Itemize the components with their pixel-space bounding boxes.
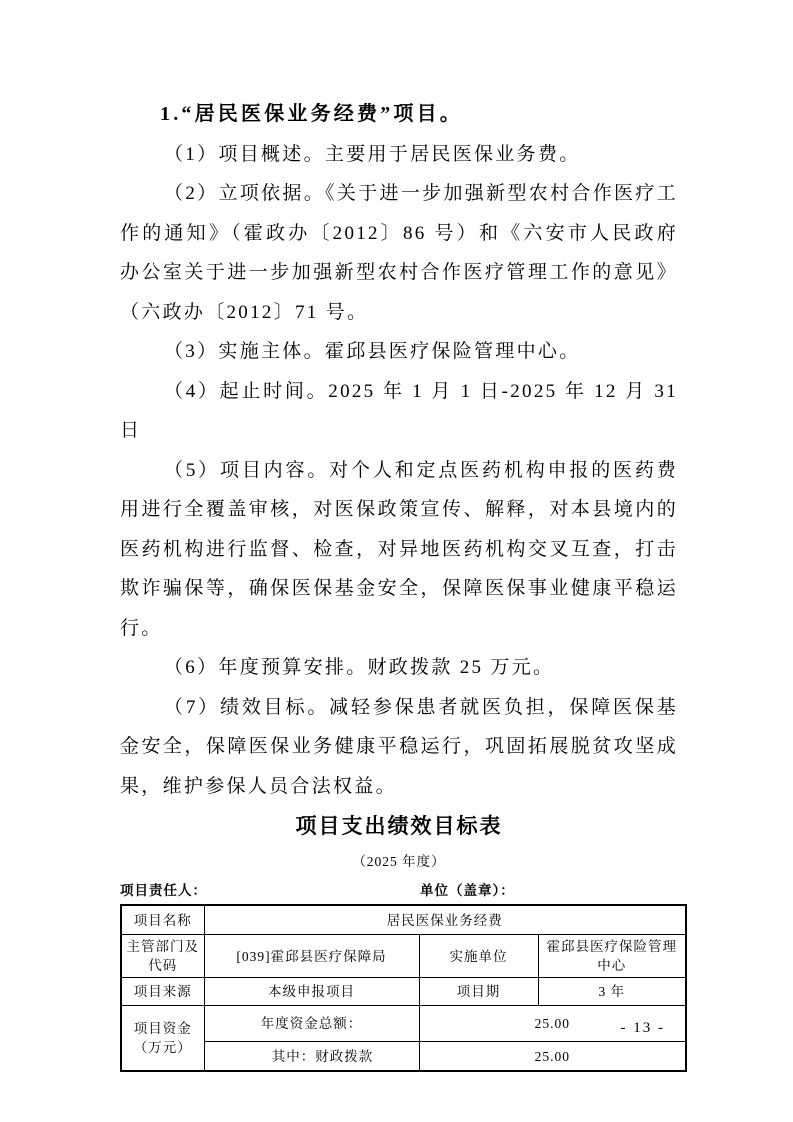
page-number: - 13 - bbox=[621, 1020, 666, 1037]
paragraph-performance-goal: （7）绩效目标。减轻参保患者就医负担，保障医保基金安全，保障医保业务健康平稳运行… bbox=[120, 688, 678, 807]
project-period-value: 3 年 bbox=[538, 978, 686, 1006]
project-funds-header: 项目资金（万元） bbox=[121, 1006, 204, 1072]
paragraph-implementing-body: （3）实施主体。霍邱县医疗保险管理中心。 bbox=[120, 332, 678, 372]
table-row-source: 项目来源 本级申报项目 项目期 3 年 bbox=[121, 978, 686, 1006]
paragraph-annual-budget: （6）年度预算安排。财政拨款 25 万元。 bbox=[120, 648, 678, 688]
department-code-header: 主管部门及代码 bbox=[121, 935, 204, 978]
project-period-header: 项目期 bbox=[419, 978, 538, 1006]
project-source-value: 本级申报项目 bbox=[204, 978, 419, 1006]
implementing-unit-header: 实施单位 bbox=[419, 935, 538, 978]
project-name-value: 居民医保业务经费 bbox=[204, 905, 686, 935]
performance-target-table: 项目名称 居民医保业务经费 主管部门及代码 [039]霍邱县医疗保障局 实施单位… bbox=[120, 904, 687, 1072]
department-code-value: [039]霍邱县医疗保障局 bbox=[204, 935, 419, 978]
project-name-header: 项目名称 bbox=[121, 905, 204, 935]
paragraph-project-basis: （2）立项依据。《关于进一步加强新型农村合作医疗工作的通知》（霍政办〔2012〕… bbox=[120, 174, 678, 332]
responsible-person-label: 项目责任人： bbox=[120, 879, 420, 899]
fiscal-allocation-value: 25.00 bbox=[419, 1042, 686, 1072]
fiscal-allocation-label: 其中：财政拨款 bbox=[204, 1042, 419, 1072]
annual-total-label: 年度资金总额： bbox=[204, 1006, 419, 1042]
table-row-project-name: 项目名称 居民医保业务经费 bbox=[121, 905, 686, 935]
performance-table-subtitle: （2025 年度） bbox=[120, 850, 678, 870]
implementing-unit-value: 霍邱县医疗保险管理中心 bbox=[538, 935, 686, 978]
unit-seal-label: 单位（盖章）： bbox=[420, 879, 515, 899]
table-header-labels: 项目责任人： 单位（盖章）： bbox=[120, 879, 678, 899]
table-row-department: 主管部门及代码 [039]霍邱县医疗保障局 实施单位 霍邱县医疗保险管理中心 bbox=[121, 935, 686, 978]
table-row-funds-fiscal: 其中：财政拨款 25.00 bbox=[121, 1042, 686, 1072]
paragraph-time-range: （4）起止时间。2025 年 1 月 1 日-2025 年 12 月 31 日 bbox=[120, 372, 678, 451]
project-source-header: 项目来源 bbox=[121, 978, 204, 1006]
paragraph-project-content: （5）项目内容。对个人和定点医药机构申报的医药费用进行全覆盖审核，对医保政策宣传… bbox=[120, 451, 678, 649]
performance-table-title: 项目支出绩效目标表 bbox=[120, 810, 678, 840]
table-row-funds-total: 项目资金（万元） 年度资金总额： 25.00 bbox=[121, 1006, 686, 1042]
section-heading: 1.“居民医保业务经费”项目。 bbox=[120, 95, 678, 135]
document-page: 1.“居民医保业务经费”项目。 （1）项目概述。主要用于居民医保业务费。 （2）… bbox=[0, 0, 793, 1122]
paragraph-project-overview: （1）项目概述。主要用于居民医保业务费。 bbox=[120, 135, 678, 175]
document-content: 1.“居民医保业务经费”项目。 （1）项目概述。主要用于居民医保业务费。 （2）… bbox=[120, 95, 678, 1072]
